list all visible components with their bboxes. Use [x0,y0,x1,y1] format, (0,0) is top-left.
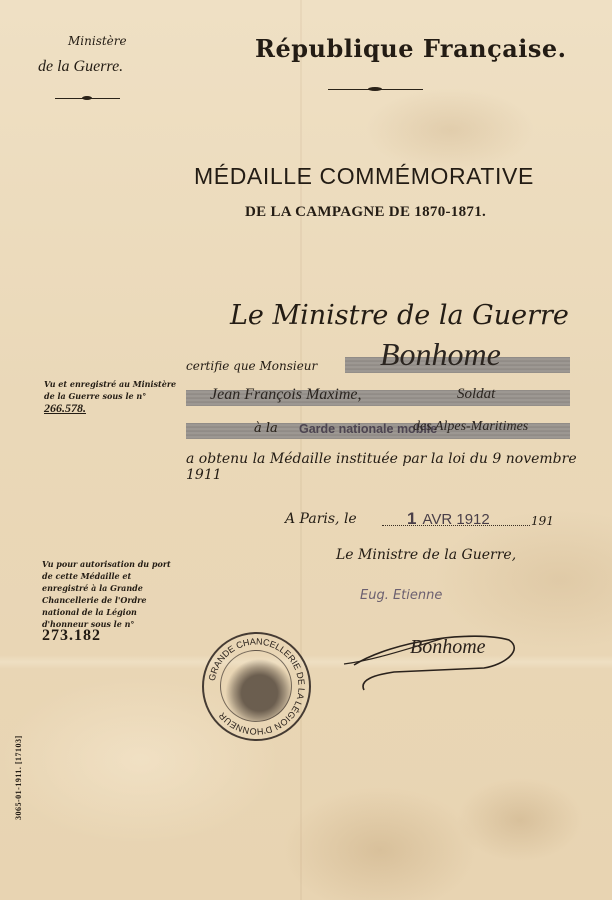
unit-handwritten-text: des Alpes-Maritimes [413,419,528,435]
minister-name-stamp: Eug. Etienne [360,588,442,603]
ministry-label-line2: de la Guerre. [38,58,123,76]
year-prefix: 191 [531,514,554,528]
paper-background [0,0,612,900]
certifies-label: certifie que Monsieur [186,359,317,373]
document-subtitle: DE LA CAMPAGNE DE 1870-1871. [245,204,486,221]
ornament-divider-left [55,98,120,99]
ministry-label-line1: Ministère [68,34,127,48]
legion-registration-note: Vu pour autorisation du port de cette Mé… [42,558,177,643]
recipient-rank: Soldat [457,386,495,403]
minister-signature-title: Le Ministre de la Guerre, [336,547,516,563]
legion-registration-text: Vu pour autorisation du port de cette Mé… [42,559,171,629]
recipient-given-names: Jean François Maxime, [210,386,362,404]
minister-heading: Le Ministre de la Guerre [230,300,569,331]
republic-heading: République Française. [255,34,567,63]
place-label: A Paris, le [285,511,357,527]
print-reference: 3065-01-1911. [17103] [14,735,23,820]
holder-signature-flourish-icon [334,620,519,710]
ministry-registration-text: Vu et enregistré au Ministère de la Guer… [44,379,176,401]
date-stamp: 1AVR 1912 [407,509,490,529]
date-stamp-month-year: AVR 1912 [422,511,489,528]
date-stamp-day: 1 [407,509,416,528]
recipient-surname: Bonhome [380,336,501,373]
legion-registration-number: 273.182 [42,627,101,644]
document-title: MÉDAILLE COMMÉMORATIVE [194,163,534,190]
seal-ring-text: GRANDE CHANCELLERIE DE LA LÉGION D'HONNE… [204,634,309,739]
legion-honneur-seal: GRANDE CHANCELLERIE DE LA LÉGION D'HONNE… [202,632,311,741]
ministry-registration-note: Vu et enregistré au Ministère de la Guer… [44,378,179,415]
ornament-divider-center [328,89,423,90]
award-statement: a obtenu la Médaille instituée par la lo… [186,451,612,483]
unit-prefix: à la [254,421,278,436]
svg-text:GRANDE CHANCELLERIE DE LA LÉGI: GRANDE CHANCELLERIE DE LA LÉGION D'HONNE… [207,636,307,736]
holder-signature: Bonhome [410,636,486,659]
fold-crease-vertical [300,0,302,900]
ministry-registration-number: 266.578. [44,401,86,415]
